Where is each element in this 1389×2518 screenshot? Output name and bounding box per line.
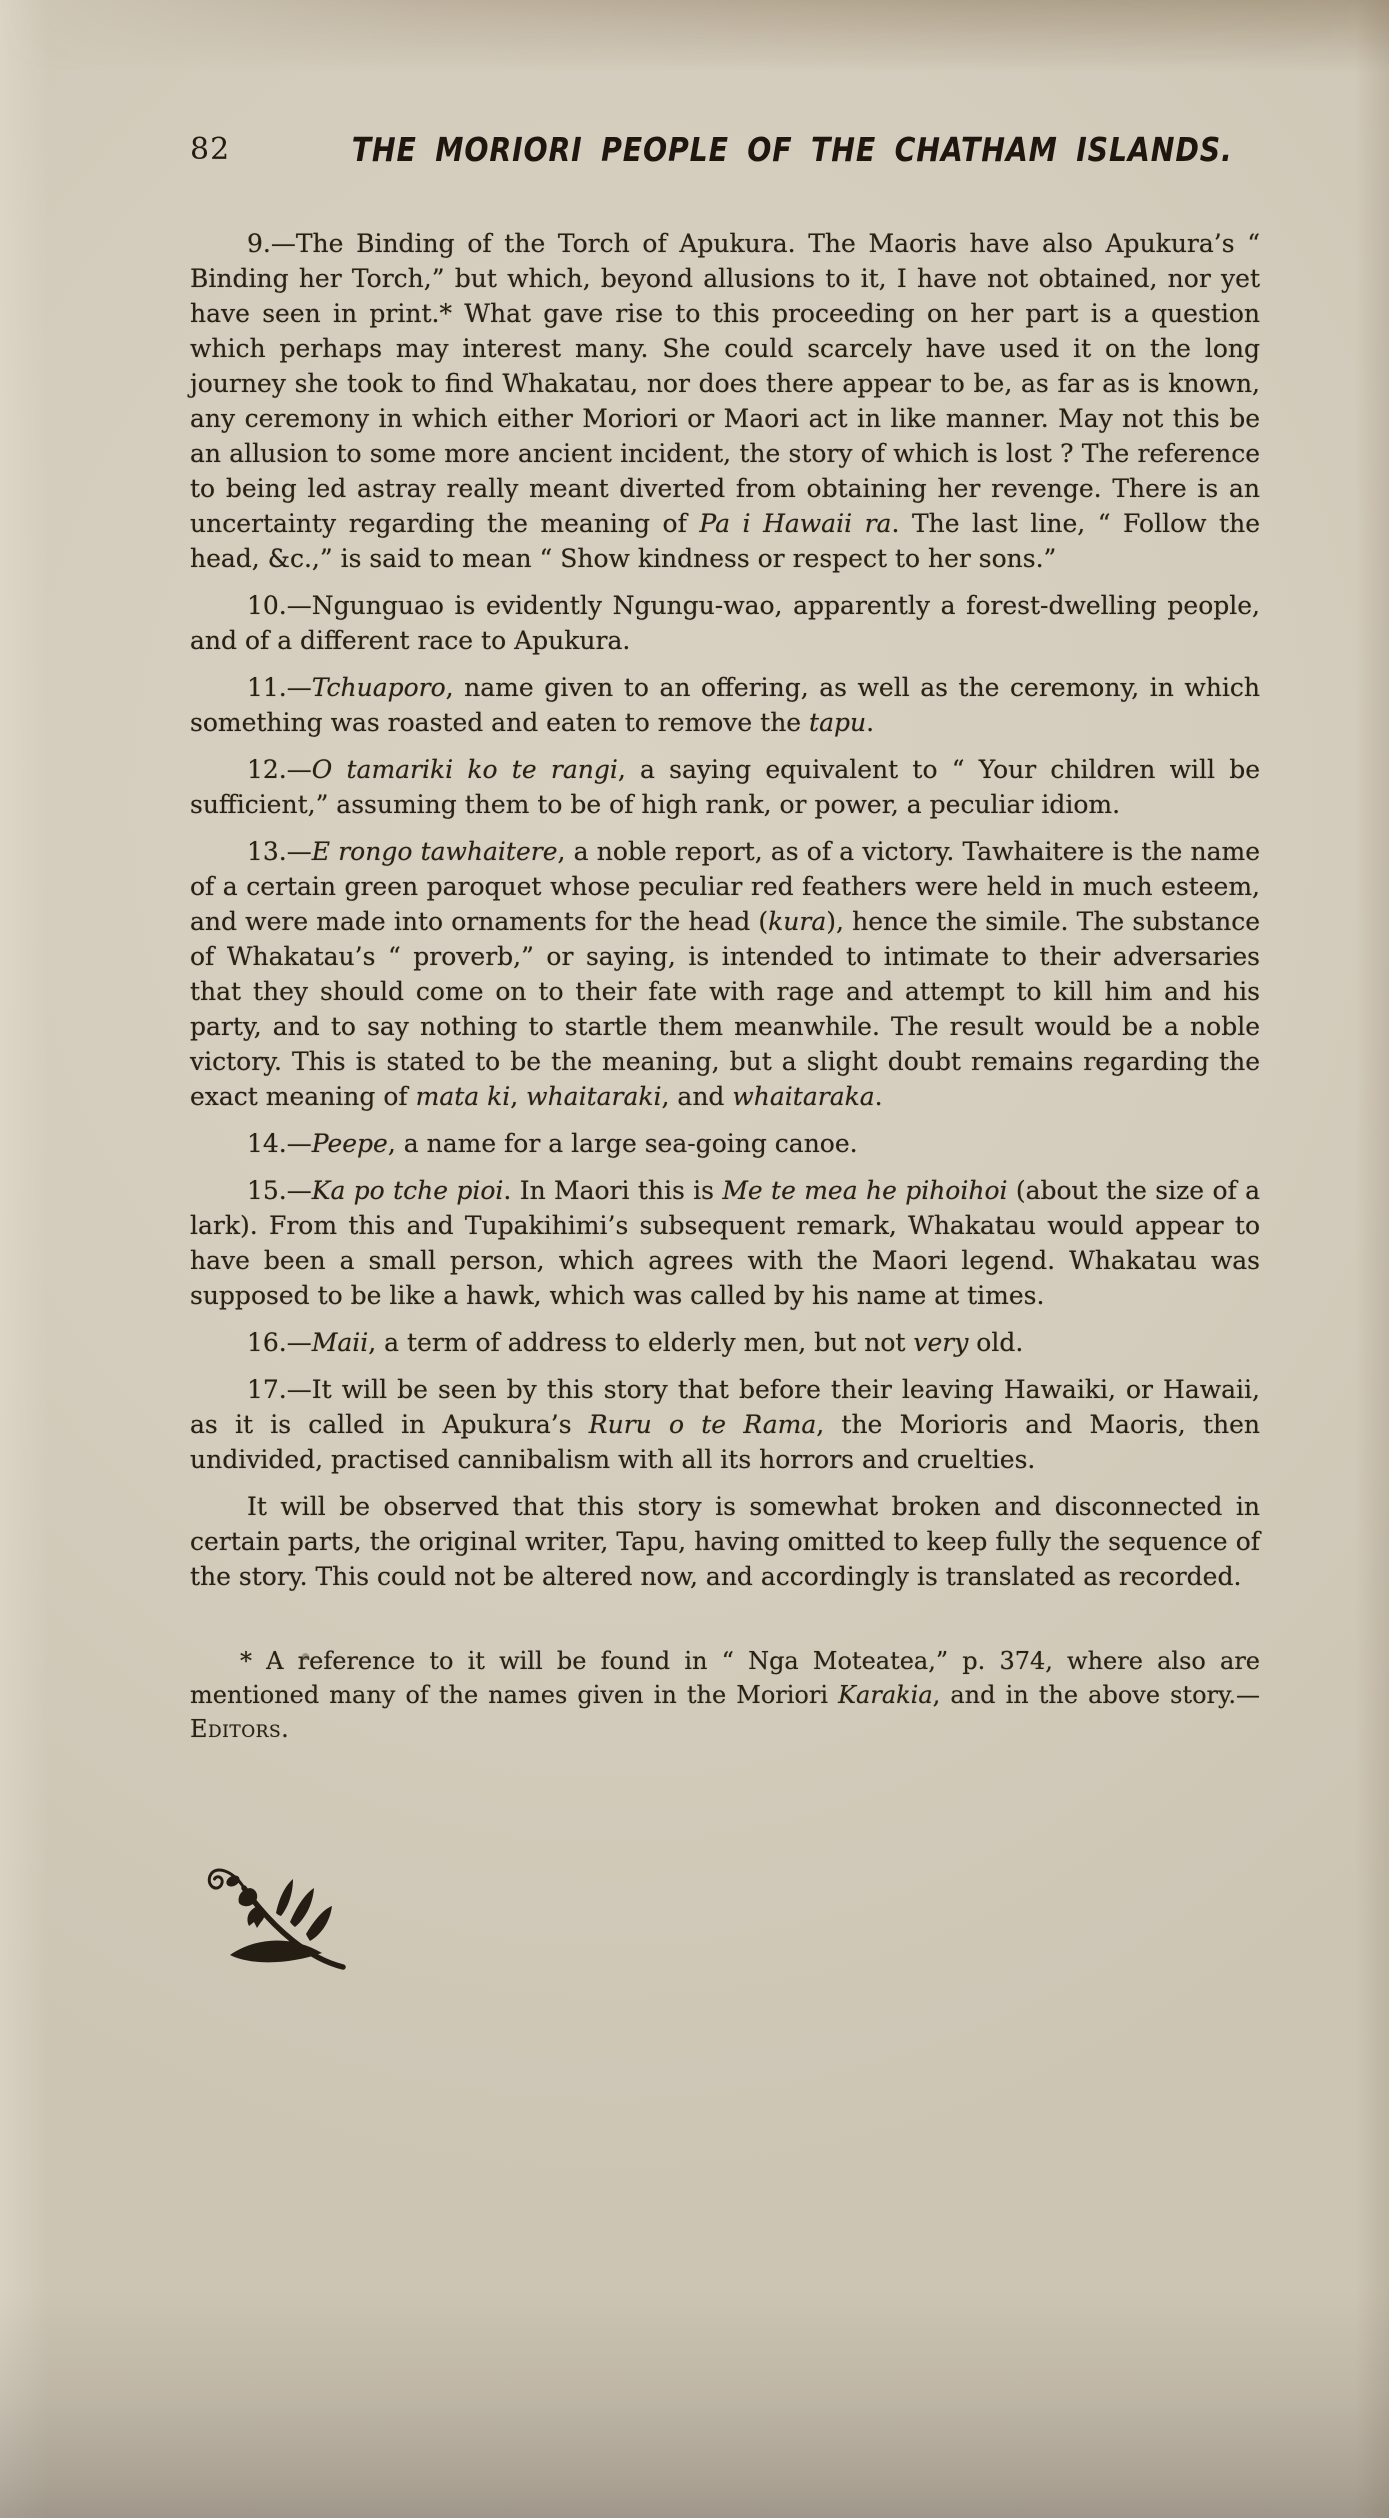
scan-shadow-top — [0, 0, 1389, 72]
scan-shadow-bottom — [0, 2288, 1389, 2518]
running-header-title: THE MORIORI PEOPLE OF THE CHATHAM ISLAND… — [352, 130, 1233, 169]
paragraph-7: 15.—Ka po tche pioi. In Maori this is Me… — [190, 1173, 1260, 1313]
footnote-paragraph: * A reference to it will be found in “ N… — [190, 1644, 1260, 1746]
paragraph-5: 13.—E rongo tawhaitere, a noble report, … — [190, 834, 1260, 1114]
running-header: THE MORIORI PEOPLE OF THE CHATHAM ISLAND… — [280, 130, 1230, 169]
paragraph-9: 17.—It will be seen by this story that b… — [190, 1372, 1260, 1477]
scan-shadow-right-edge — [1355, 0, 1389, 2518]
paragraph-2: 10.—Ngunguao is evidently Ngungu-wao, ap… — [190, 588, 1260, 658]
notes-text: 9.—The Binding of the Torch of Apukura. … — [190, 226, 1260, 1594]
paragraph-4: 12.—O tamariki ko te rangi, a saying equ… — [190, 752, 1260, 822]
paragraph-8: 16.—Maii, a term of address to elderly m… — [190, 1325, 1260, 1360]
page-number: 82 — [190, 132, 230, 167]
paragraph-10: It will be observed that this story is s… — [190, 1489, 1260, 1594]
paragraph-1: 9.—The Binding of the Torch of Apukura. … — [190, 226, 1260, 576]
paragraph-3: 11.—Tchuaporo, name given to an offering… — [190, 670, 1260, 740]
ink-speck — [302, 1653, 309, 1660]
page-body-text: 9.—The Binding of the Torch of Apukura. … — [190, 226, 1260, 1991]
paragraph-6: 14.—Peepe, a name for a large sea-going … — [190, 1126, 1260, 1161]
floral-sprig-ornament — [198, 1858, 350, 1982]
book-page-scan: 82 THE MORIORI PEOPLE OF THE CHATHAM ISL… — [0, 0, 1389, 2518]
scan-light-left-edge — [0, 0, 48, 2518]
footnote: * A reference to it will be found in “ N… — [190, 1644, 1260, 1746]
